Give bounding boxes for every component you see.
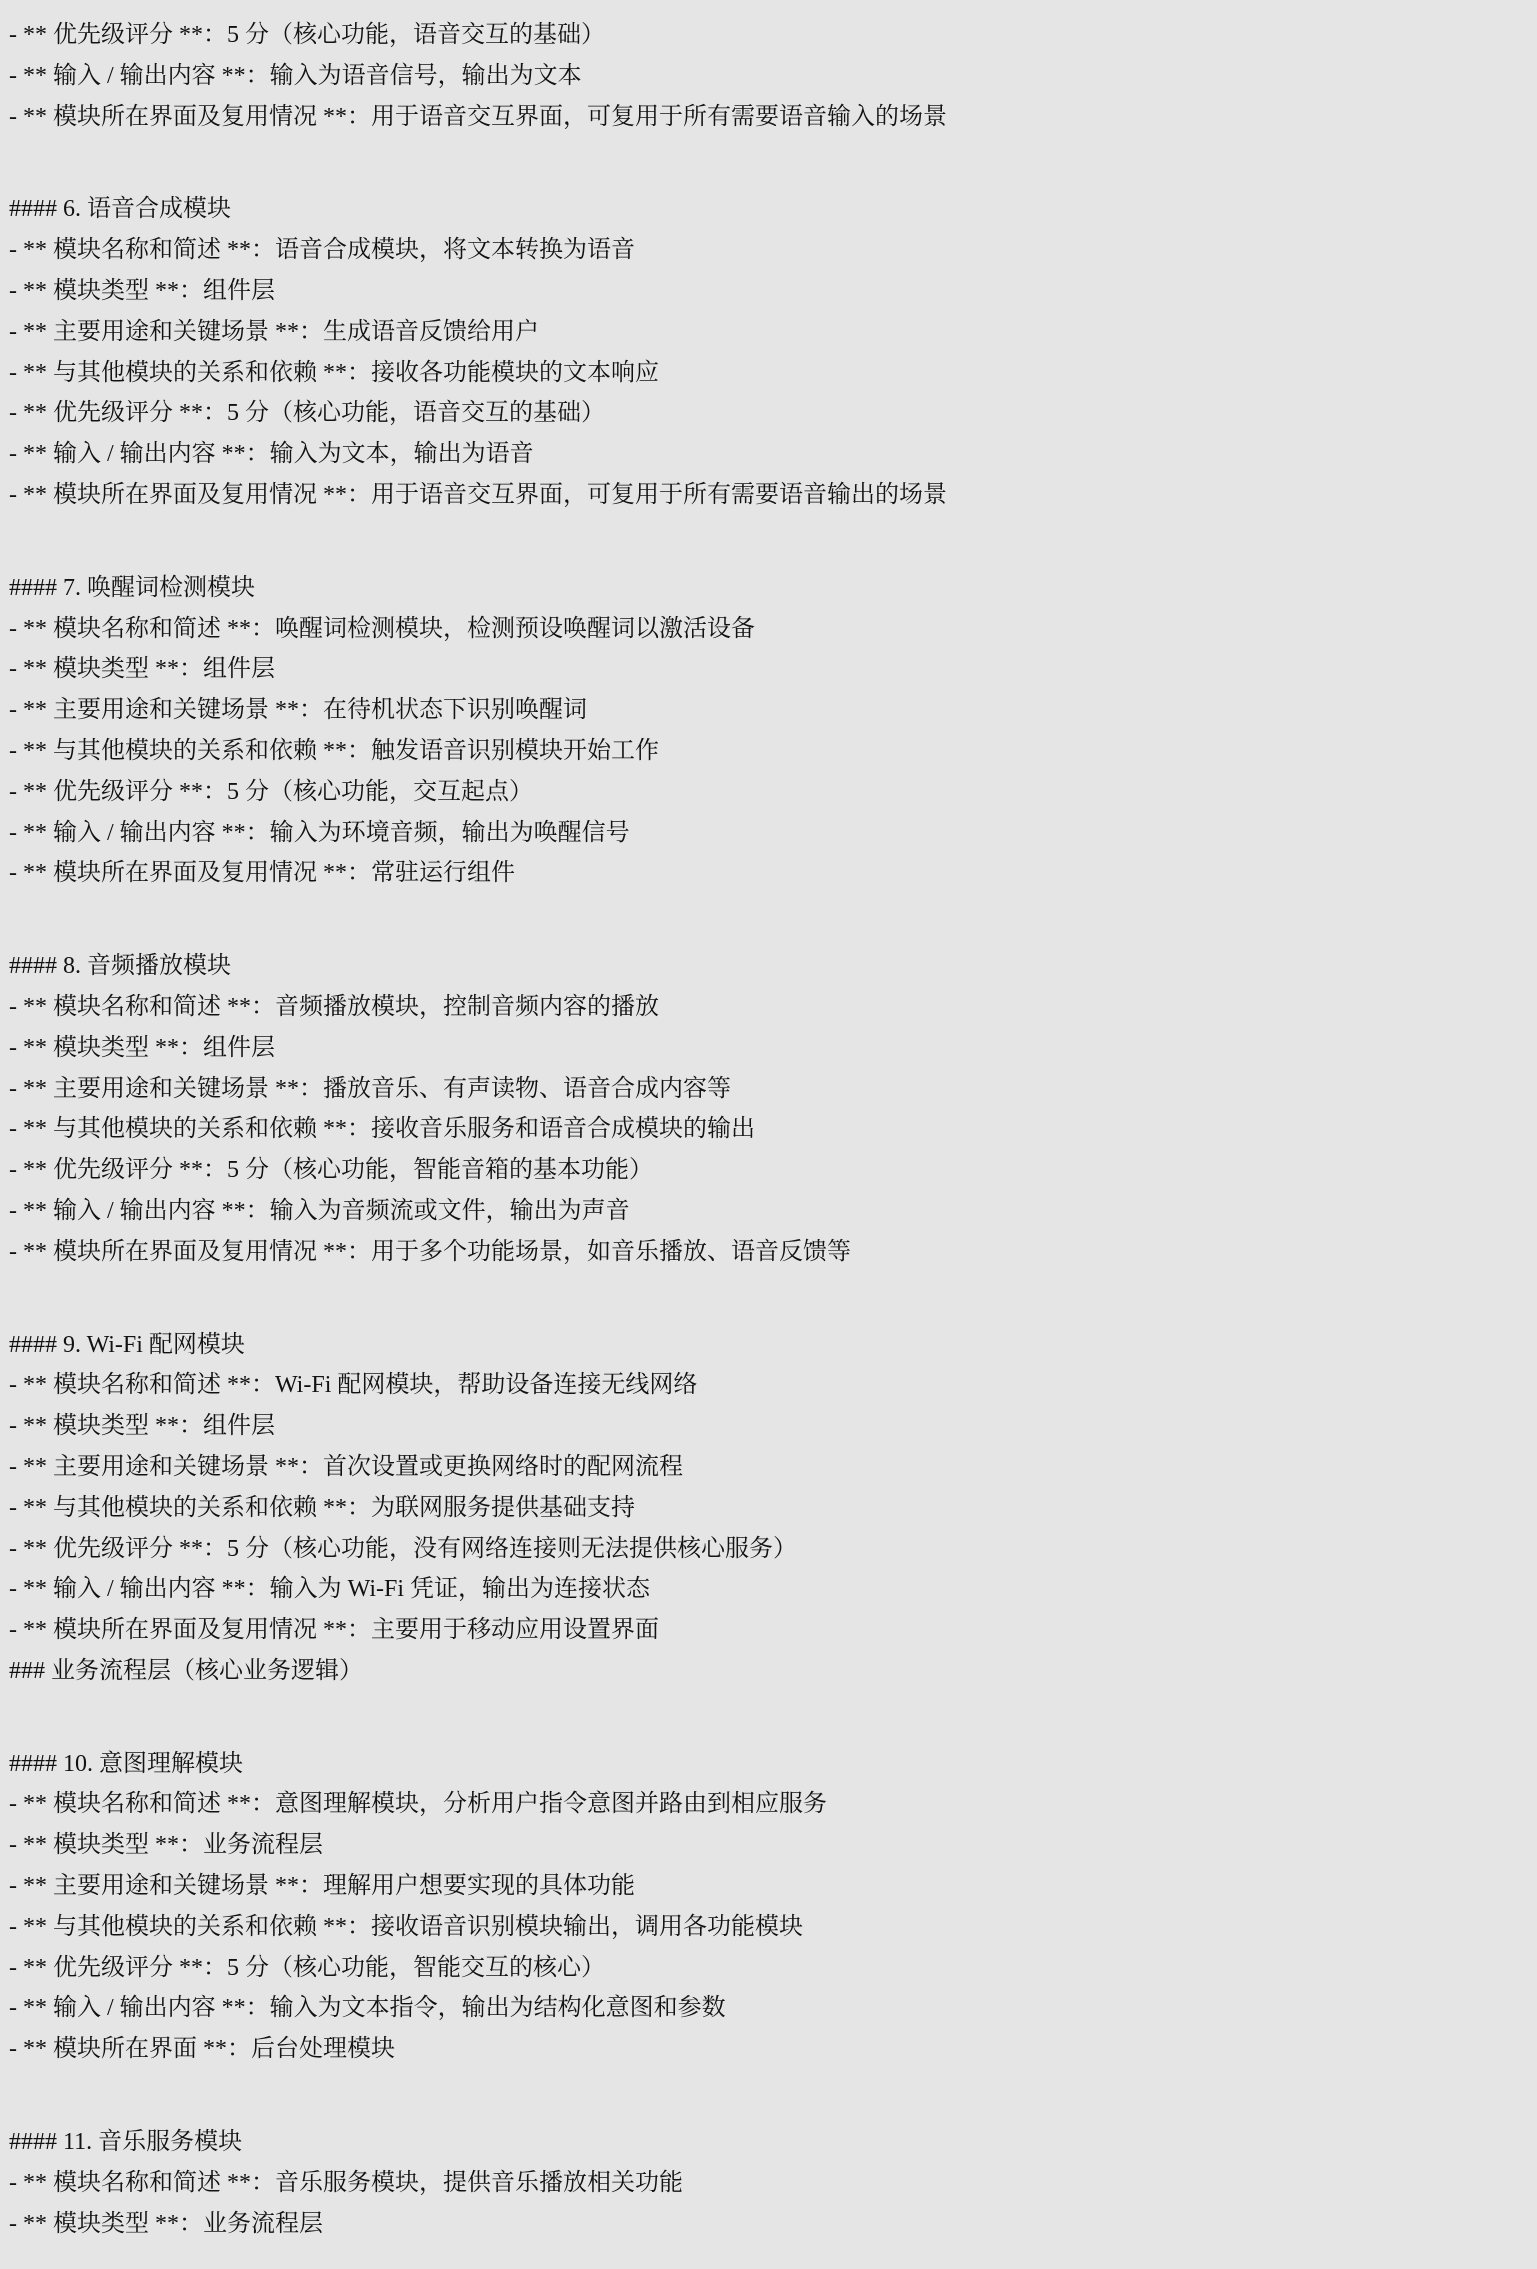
bullet-line: - ** 模块名称和简述 **：音乐服务模块，提供音乐播放相关功能 [9, 2163, 1529, 2204]
bullet-line: - ** 模块类型 **：业务流程层 [9, 2204, 1529, 2245]
bullet-line: - ** 模块所在界面及复用情况 **：主要用于移动应用设置界面 [9, 1610, 1529, 1651]
bullet-line: - ** 模块所在界面及复用情况 **：常驻运行组件 [9, 853, 1529, 894]
bullet-line: - ** 优先级评分 **：5 分（核心功能，交互起点） [9, 772, 1529, 813]
bullet-line: - ** 主要用途和关键场景 **：播放音乐、有声读物、语音合成内容等 [9, 1069, 1529, 1110]
blank-line [9, 1299, 1529, 1325]
blank-line [9, 2070, 1529, 2096]
bullet-line: - ** 输入 / 输出内容 **：输入为 Wi-Fi 凭证，输出为连接状态 [9, 1569, 1529, 1610]
bullet-line: - ** 输入 / 输出内容 **：输入为音频流或文件，输出为声音 [9, 1191, 1529, 1232]
bullet-line: - ** 主要用途和关键场景 **：首次设置或更换网络时的配网流程 [9, 1447, 1529, 1488]
bullet-line: - ** 优先级评分 **：5 分（核心功能，智能音箱的基本功能） [9, 1150, 1529, 1191]
blank-line [9, 542, 1529, 568]
bullet-line: - ** 模块类型 **：组件层 [9, 271, 1529, 312]
blank-line [9, 516, 1529, 542]
blank-line [9, 1718, 1529, 1744]
blank-line [9, 163, 1529, 189]
blank-line [9, 137, 1529, 163]
module-heading-line: #### 7. 唤醒词检测模块 [9, 568, 1529, 609]
bullet-line: - ** 输入 / 输出内容 **：输入为文本，输出为语音 [9, 434, 1529, 475]
bullet-line: - ** 模块名称和简述 **：意图理解模块，分析用户指令意图并路由到相应服务 [9, 1784, 1529, 1825]
bullet-line: - ** 输入 / 输出内容 **：输入为语音信号，输出为文本 [9, 56, 1529, 97]
blank-line [9, 1692, 1529, 1718]
module-heading-line: #### 11. 音乐服务模块 [9, 2122, 1529, 2163]
bullet-line: - ** 模块名称和简述 **：唤醒词检测模块，检测预设唤醒词以激活设备 [9, 609, 1529, 650]
blank-line [9, 2096, 1529, 2122]
bullet-line: - ** 优先级评分 **：5 分（核心功能，智能交互的核心） [9, 1948, 1529, 1989]
bullet-line: - ** 模块所在界面及复用情况 **：用于语音交互界面，可复用于所有需要语音输… [9, 475, 1529, 516]
bullet-line: - ** 模块所在界面 **：后台处理模块 [9, 2029, 1529, 2070]
bullet-line: - ** 模块名称和简述 **：Wi-Fi 配网模块，帮助设备连接无线网络 [9, 1365, 1529, 1406]
module-heading-line: #### 9. Wi-Fi 配网模块 [9, 1325, 1529, 1366]
bullet-line: - ** 模块所在界面及复用情况 **：用于多个功能场景，如音乐播放、语音反馈等 [9, 1232, 1529, 1273]
bullet-line: - ** 模块类型 **：业务流程层 [9, 1825, 1529, 1866]
layer-heading-line: ### 业务流程层（核心业务逻辑） [9, 1651, 1529, 1692]
bullet-line: - ** 主要用途和关键场景 **：生成语音反馈给用户 [9, 312, 1529, 353]
document-body: - ** 优先级评分 **：5 分（核心功能，语音交互的基础）- ** 输入 /… [9, 15, 1529, 2244]
bullet-line: - ** 主要用途和关键场景 **：理解用户想要实现的具体功能 [9, 1866, 1529, 1907]
bullet-line: - ** 优先级评分 **：5 分（核心功能，语音交互的基础） [9, 15, 1529, 56]
blank-line [9, 1273, 1529, 1299]
bullet-line: - ** 模块名称和简述 **：语音合成模块，将文本转换为语音 [9, 230, 1529, 271]
bullet-line: - ** 与其他模块的关系和依赖 **：接收音乐服务和语音合成模块的输出 [9, 1109, 1529, 1150]
document-page: - ** 优先级评分 **：5 分（核心功能，语音交互的基础）- ** 输入 /… [0, 0, 1537, 2269]
bullet-line: - ** 模块类型 **：组件层 [9, 649, 1529, 690]
bullet-line: - ** 优先级评分 **：5 分（核心功能，语音交互的基础） [9, 393, 1529, 434]
bullet-line: - ** 与其他模块的关系和依赖 **：接收语音识别模块输出，调用各功能模块 [9, 1907, 1529, 1948]
bullet-line: - ** 模块名称和简述 **：音频播放模块，控制音频内容的播放 [9, 987, 1529, 1028]
module-heading-line: #### 6. 语音合成模块 [9, 189, 1529, 230]
bullet-line: - ** 优先级评分 **：5 分（核心功能，没有网络连接则无法提供核心服务） [9, 1529, 1529, 1570]
module-heading-line: #### 10. 意图理解模块 [9, 1744, 1529, 1785]
module-heading-line: #### 8. 音频播放模块 [9, 946, 1529, 987]
bullet-line: - ** 主要用途和关键场景 **：在待机状态下识别唤醒词 [9, 690, 1529, 731]
bullet-line: - ** 输入 / 输出内容 **：输入为环境音频，输出为唤醒信号 [9, 813, 1529, 854]
blank-line [9, 920, 1529, 946]
bullet-line: - ** 模块类型 **：组件层 [9, 1028, 1529, 1069]
bullet-line: - ** 模块类型 **：组件层 [9, 1406, 1529, 1447]
bullet-line: - ** 与其他模块的关系和依赖 **：为联网服务提供基础支持 [9, 1488, 1529, 1529]
bullet-line: - ** 与其他模块的关系和依赖 **：接收各功能模块的文本响应 [9, 353, 1529, 394]
bullet-line: - ** 模块所在界面及复用情况 **：用于语音交互界面，可复用于所有需要语音输… [9, 97, 1529, 138]
blank-line [9, 894, 1529, 920]
bullet-line: - ** 输入 / 输出内容 **：输入为文本指令，输出为结构化意图和参数 [9, 1988, 1529, 2029]
bullet-line: - ** 与其他模块的关系和依赖 **：触发语音识别模块开始工作 [9, 731, 1529, 772]
